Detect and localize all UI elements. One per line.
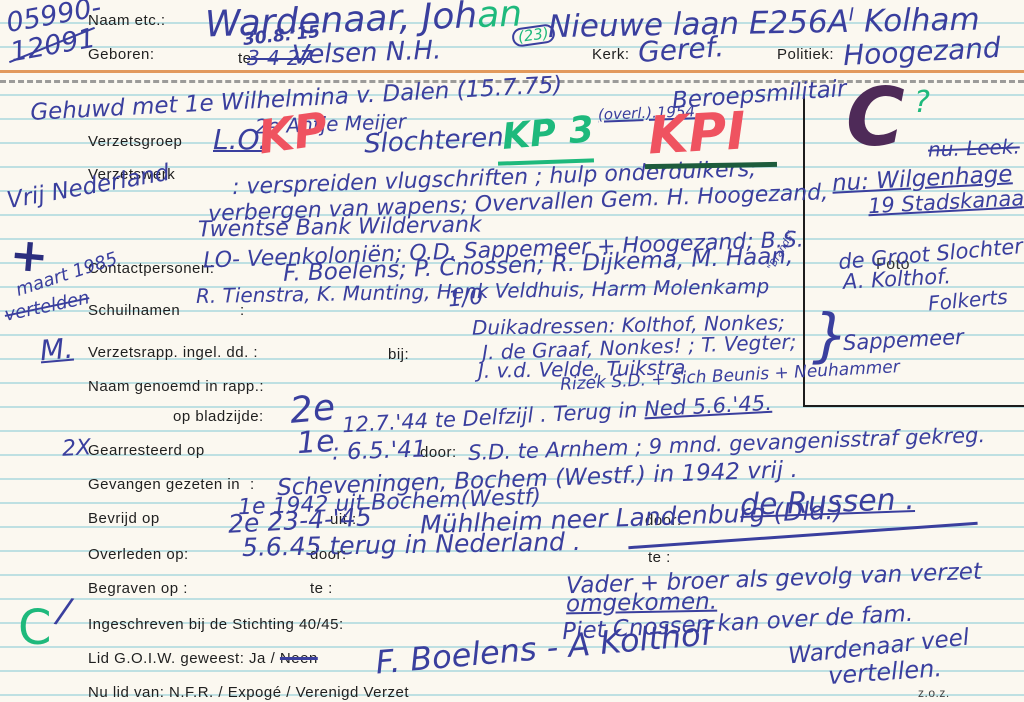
sappemeer-note: Sappemeer [843,327,965,354]
schuilnamen-label: Schuilnamen [88,302,180,319]
contact-folkerts: Folkerts [927,287,1008,314]
goiw-label-text: Lid G.O.I.W. geweest: Ja / [88,650,275,667]
overleden-label: Overleden op: [88,546,189,563]
bij-label: bij: [388,346,409,363]
verzetsrapp-label: Verzetsrapp. ingel. dd. : [88,344,258,361]
arrest-date: : 6.5.'41 [332,438,427,464]
group-kpi: KPI [647,105,747,162]
index-card: Naam etc.: Geboren: te Kerk: Politiek: V… [0,0,1024,702]
group-kp3: KP 3 [501,112,596,156]
wardenaar-note-line2: vertellen. [827,656,942,688]
zoz-label: z.o.z. [918,686,950,700]
margin-check-slash: / [56,593,72,628]
verzetswerk-line3: Twentse Bank Wildervank [198,215,482,242]
goiw-neen-struck: Neen [280,650,318,667]
kerk-label: Kerk: [592,46,630,63]
question-mark: ? [914,88,930,118]
margin-vertelden-struck: vertelden [3,289,91,325]
liberated-by: de Russen . [740,485,916,521]
nulid-label: Nu lid van: N.F.R. / Expogé / Verenigd V… [88,684,409,701]
te-label-3: te : [310,580,333,597]
former-address-struck: nu. Leek. [928,136,1020,159]
kerk-value: Geref. [637,33,725,67]
goiw-label: Lid G.O.I.W. geweest: Ja / Neen [88,650,318,667]
boelens-kolthof-signature: F. Boelens - A Kolthof [374,617,713,678]
gevangen-colon: : [250,476,255,493]
category-letter-c: C [846,78,905,158]
stichting-label: Ingeschreven bij de Stichting 40/45: [88,616,344,633]
second-arrest-text: 12.7.'44 te Delfzijl . Terug in [342,397,645,437]
gearresteerd-label: Gearresteerd op [88,442,205,459]
birthplace-value: Velsen N.H. [292,37,442,68]
naam-in-rapp-label: Naam genoemd in rapp.: [88,378,264,395]
one-zero-mark: 1/0 [447,286,484,311]
return-note: 5.6.45 terug in Nederland . [242,529,581,560]
second-arrest-detail: 12.7.'44 te Delfzijl . Terug in Ned 5.6.… [342,393,773,436]
bevrijd-label: Bevrijd op [88,510,160,527]
politiek-value: Hoogezand [842,34,1001,70]
first-arrest-marker: 1e [296,427,336,460]
photo-box-border-bottom [803,405,1024,407]
te-label-2: te : [648,549,671,566]
begraven-label: Begraven op : [88,580,188,597]
margin-m-mark: M. [39,335,74,366]
geboren-label: Geboren: [88,46,155,63]
verzetsgroep-label: Verzetsgroep [88,133,182,150]
current-address-line2: 19 Stadskanaal [868,188,1024,217]
group-kp: KP [255,105,330,160]
politiek-label: Politiek: [777,46,834,63]
margin-2x-mark: 2X [61,437,91,460]
group-slochteren: Slochteren [363,124,504,157]
arrest-by: S.D. te Arnhem ; 9 mnd. gevangenisstraf … [468,425,986,464]
contact-kolthof: A. Kolthof. [843,266,952,293]
second-arrest-return-date: Ned 5.6.'45. [643,391,772,422]
gevangen-label: Gevangen gezeten in [88,476,240,493]
margin-green-c: C [18,604,52,652]
bladzijde-label: op bladzijde: [173,408,264,425]
